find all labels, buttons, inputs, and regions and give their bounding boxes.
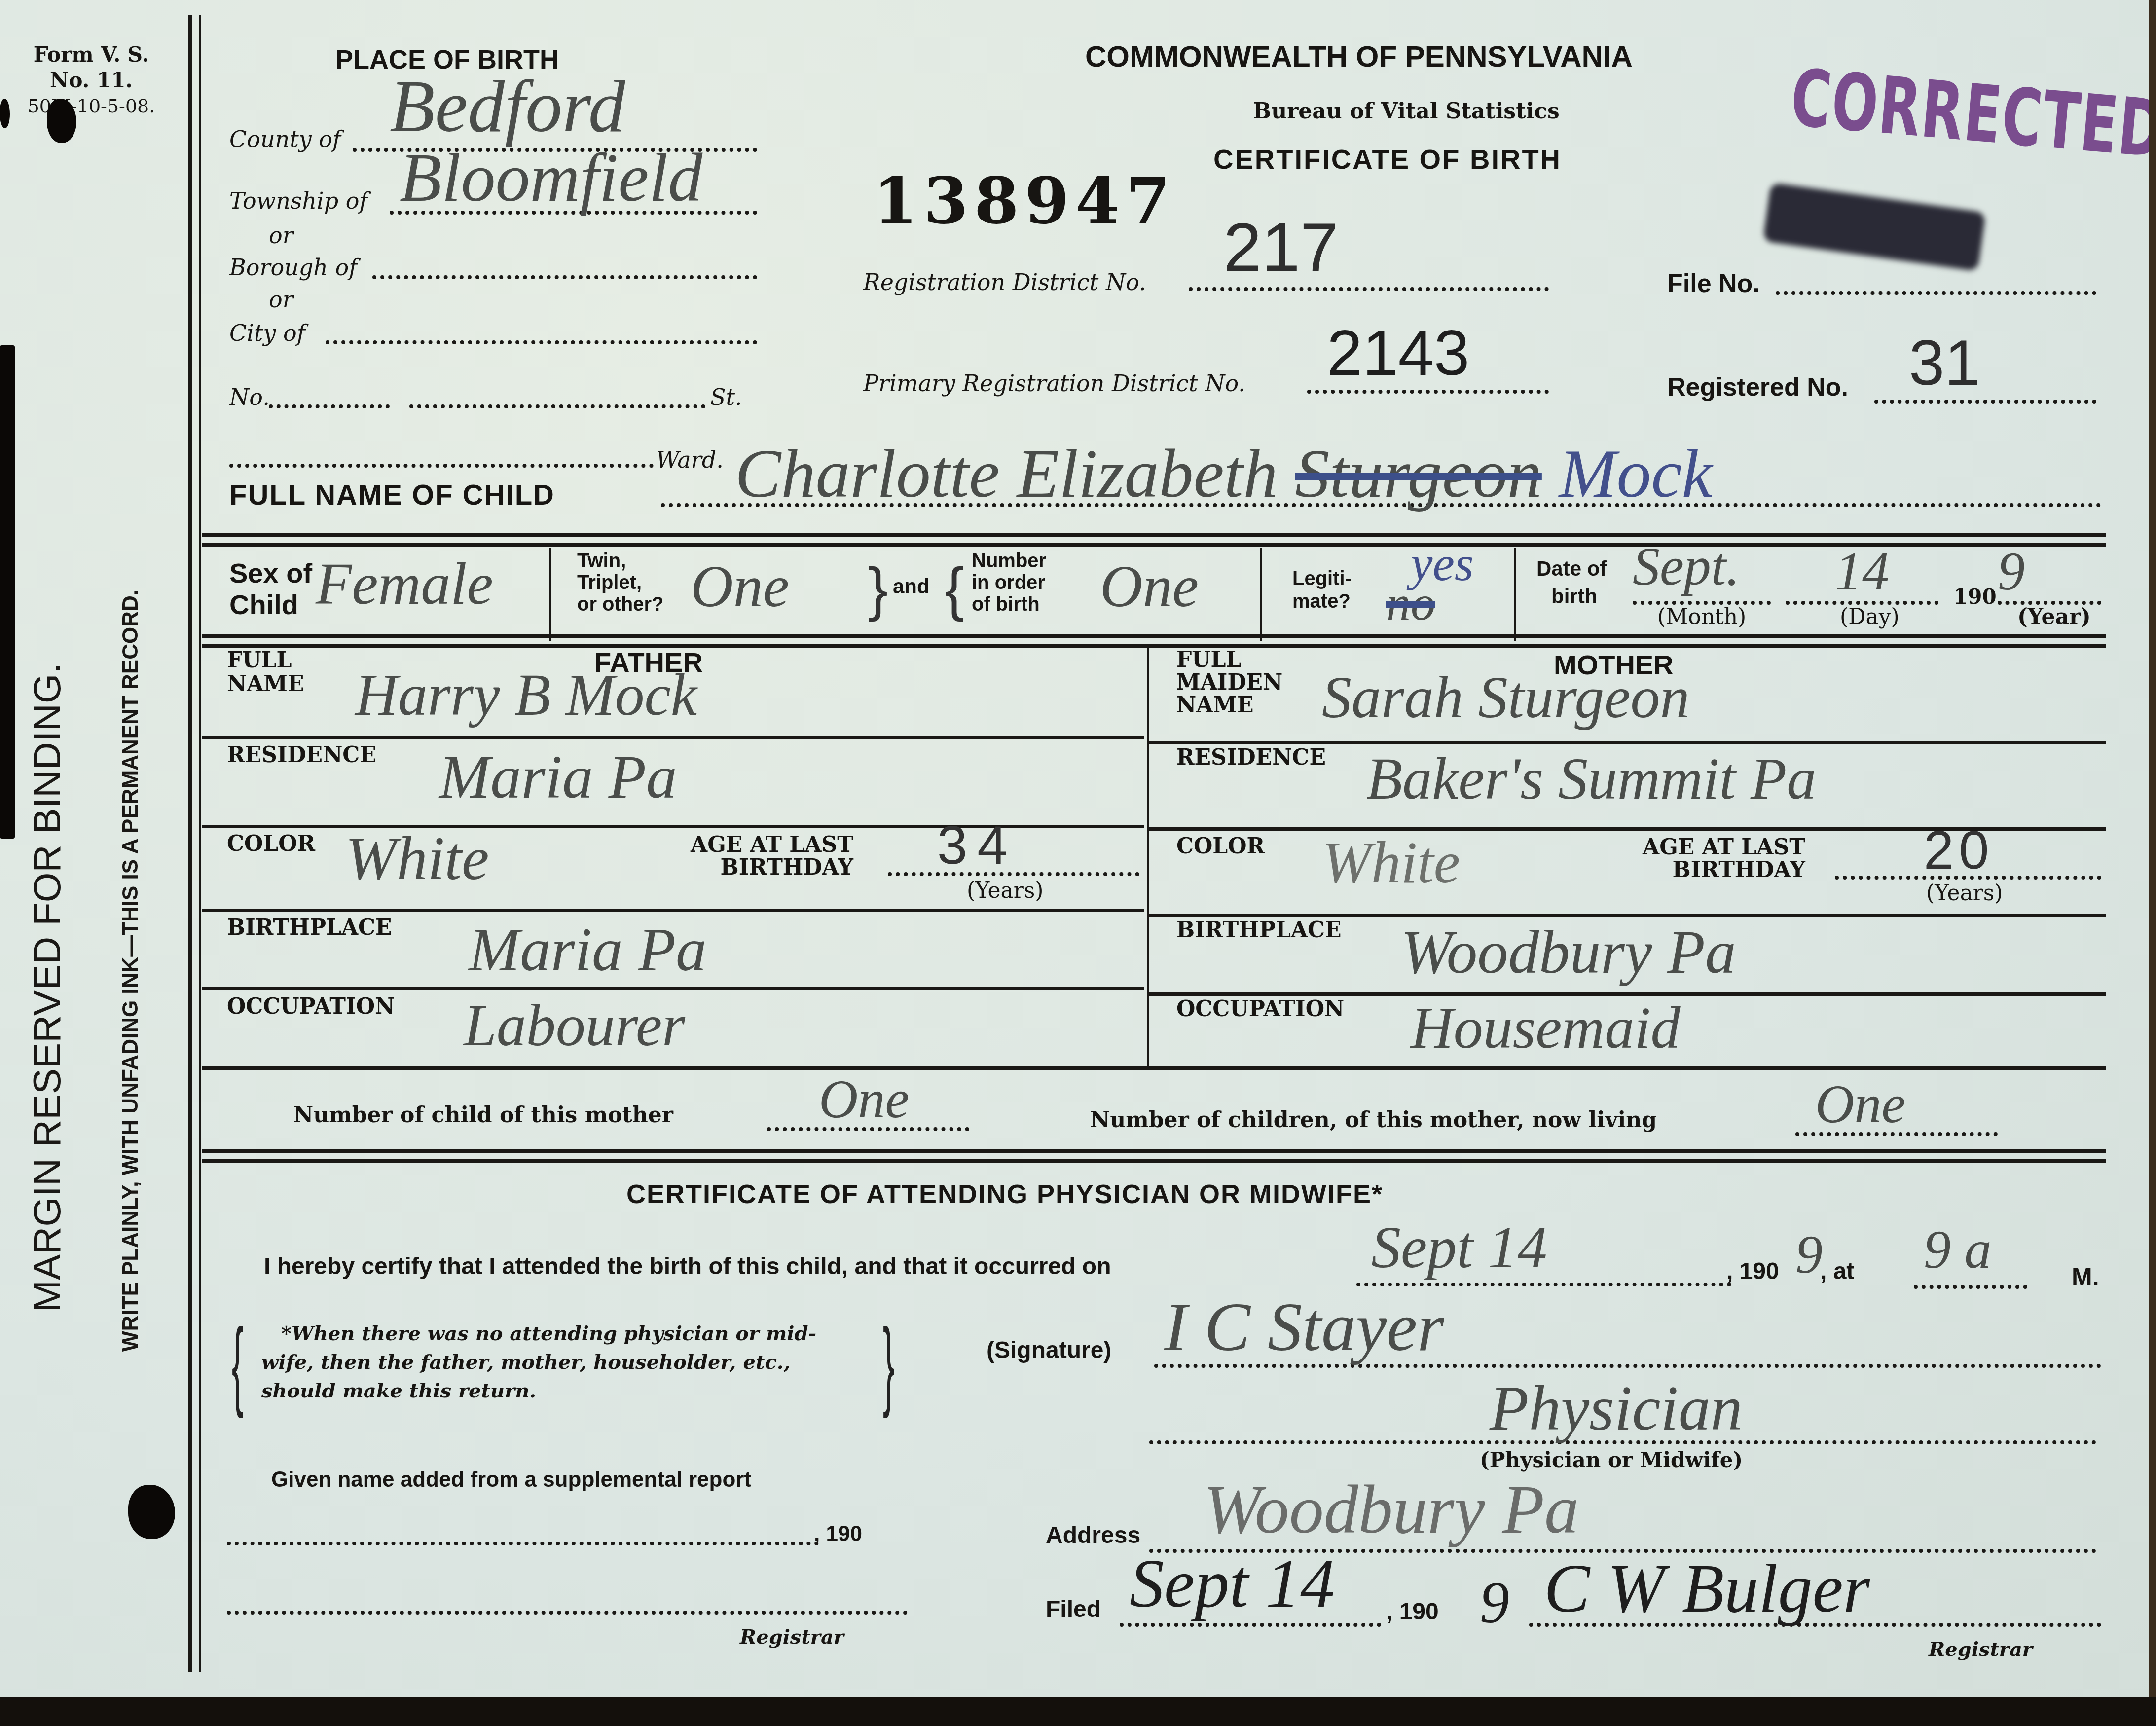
year-caption: (Year) bbox=[2017, 604, 2091, 629]
section-divider bbox=[202, 1149, 2106, 1153]
column-divider bbox=[1514, 548, 1516, 641]
county-label: County of bbox=[229, 126, 341, 152]
legitimate-label-line1: Legiti- bbox=[1292, 567, 1352, 590]
at-label: , at bbox=[1820, 1258, 1854, 1285]
mother-age-label-line2: BIRTHDAY bbox=[1643, 859, 1805, 881]
section-divider bbox=[202, 644, 2106, 648]
punch-hole-icon bbox=[47, 99, 76, 143]
street-name-line[interactable] bbox=[409, 404, 705, 408]
legitimate-value[interactable]: yes bbox=[1411, 535, 1474, 592]
file-no-label: File No. bbox=[1667, 269, 1760, 298]
borough-line[interactable] bbox=[372, 275, 757, 279]
child-name-label: FULL NAME OF CHILD bbox=[229, 478, 555, 512]
signature-label: (Signature) bbox=[987, 1337, 1111, 1364]
mother-name-label: FULL MAIDEN NAME bbox=[1176, 649, 1282, 717]
margin-reserved-text: MARGIN RESERVED FOR BINDING. bbox=[25, 663, 70, 1312]
supplemental-name-line[interactable] bbox=[227, 1542, 819, 1545]
row-divider bbox=[202, 909, 1144, 912]
mother-occupation-value[interactable]: Housemaid bbox=[1411, 994, 1681, 1062]
corrected-stamp: CORRECTED bbox=[1788, 52, 2156, 176]
certificate-number: 138947 bbox=[873, 163, 1176, 238]
occurred-year-value[interactable]: 9 bbox=[1795, 1223, 1823, 1286]
father-name-label-line1: FULL bbox=[227, 649, 304, 672]
father-occupation-label: OCCUPATION bbox=[227, 994, 395, 1019]
file-no-line[interactable] bbox=[1776, 291, 2096, 295]
dob-day-value[interactable]: 14 bbox=[1835, 540, 1889, 603]
father-age-value[interactable]: 34 bbox=[937, 814, 1017, 877]
father-occupation-value[interactable]: Labourer bbox=[464, 992, 685, 1060]
address-label: Address bbox=[1046, 1522, 1140, 1549]
father-birthplace-value[interactable]: Maria Pa bbox=[469, 915, 707, 986]
time-line bbox=[1914, 1285, 2027, 1289]
registered-no-value[interactable]: 31 bbox=[1909, 326, 1980, 400]
supplemental-year-prefix: , 190 bbox=[814, 1522, 862, 1546]
birth-order-line2: in order bbox=[972, 572, 1046, 593]
filed-year-value[interactable]: 9 bbox=[1480, 1569, 1509, 1637]
row-divider bbox=[202, 1066, 2106, 1070]
registered-no-label: Registered No. bbox=[1667, 372, 1848, 402]
mother-occupation-label: OCCUPATION bbox=[1176, 996, 1344, 1022]
mother-name-label-line1: FULL bbox=[1176, 649, 1282, 671]
row-divider bbox=[202, 987, 1144, 990]
occurred-year-prefix: , 190 bbox=[1726, 1258, 1779, 1285]
row-divider bbox=[202, 736, 1144, 739]
children-living-label: Number of children, of this mother, now … bbox=[1090, 1107, 1657, 1133]
twin-label-line2: Triplet, bbox=[577, 572, 664, 593]
father-name-label: FULL NAME bbox=[227, 649, 304, 696]
column-divider bbox=[1260, 548, 1262, 641]
dob-label-line2: birth bbox=[1536, 583, 1607, 610]
street-no-label: No. bbox=[229, 384, 270, 410]
physician-title-value[interactable]: Physician bbox=[1490, 1371, 1743, 1445]
certify-text: I hereby certify that I attended the bir… bbox=[264, 1253, 1111, 1280]
primary-district-label: Primary Registration District No. bbox=[863, 370, 1245, 397]
time-value[interactable]: 9 a bbox=[1924, 1218, 1992, 1281]
birth-order-line3: of birth bbox=[972, 593, 1046, 615]
child-number-label: Number of child of this mother bbox=[293, 1102, 673, 1128]
child-number-value[interactable]: One bbox=[819, 1068, 909, 1131]
row-divider bbox=[1149, 741, 2106, 744]
physician-or-midwife-caption: (Physician or Midwife) bbox=[1480, 1448, 1743, 1472]
scan-background bbox=[0, 1697, 2156, 1726]
sex-label-line1: Sex of bbox=[229, 557, 312, 589]
street-label: St. bbox=[710, 384, 742, 410]
footnote-text: *When there was no attending physician o… bbox=[261, 1320, 816, 1405]
mother-age-value[interactable]: 20 bbox=[1924, 819, 1994, 881]
mother-residence-label: RESIDENCE bbox=[1176, 745, 1326, 770]
filed-label: Filed bbox=[1046, 1596, 1101, 1623]
mother-name-label-line3: NAME bbox=[1176, 694, 1282, 717]
registered-no-line bbox=[1874, 400, 2096, 404]
sex-label: Sex of Child bbox=[229, 557, 312, 621]
form-identifier: Form V. S. No. 11. 50M-10-5-08. bbox=[20, 42, 163, 119]
dob-label-line1: Date of bbox=[1536, 555, 1607, 583]
brace-icon: } bbox=[868, 555, 888, 623]
print-code: 50M-10-5-08. bbox=[20, 93, 163, 119]
footnote-line3: should make this return. bbox=[261, 1377, 816, 1405]
footnote-left-brace-icon: { bbox=[232, 1315, 243, 1413]
attendant-heading: CERTIFICATE OF ATTENDING PHYSICIAN OR MI… bbox=[626, 1179, 1383, 1210]
father-residence-label: RESIDENCE bbox=[227, 742, 376, 768]
filed-date-line bbox=[1120, 1623, 1381, 1627]
mother-residence-value[interactable]: Baker's Summit Pa bbox=[1366, 745, 1816, 813]
form-no: No. 11. bbox=[20, 68, 163, 93]
section-divider bbox=[202, 1159, 2106, 1163]
birth-order-value[interactable]: One bbox=[1100, 552, 1199, 621]
ward-label: Ward. bbox=[656, 446, 724, 473]
registration-district-label: Registration District No. bbox=[863, 269, 1146, 295]
footnote-line2: wife, then the father, mother, household… bbox=[261, 1348, 816, 1377]
day-caption: (Day) bbox=[1840, 604, 1900, 629]
physician-signature[interactable]: I C Stayer bbox=[1164, 1287, 1444, 1367]
punch-hole-icon bbox=[128, 1485, 175, 1539]
permanent-record-note: WRITE PLAINLY, WITH UNFADING INK—THIS IS… bbox=[118, 589, 143, 1352]
footnote-right-brace-icon: } bbox=[883, 1315, 894, 1413]
dob-year-prefix: 190 bbox=[1953, 585, 1997, 609]
brace-icon: { bbox=[945, 555, 964, 623]
footnote-line1: *When there was no attending physician o… bbox=[261, 1320, 816, 1348]
city-line[interactable] bbox=[326, 340, 757, 344]
mother-name-label-line2: MAIDEN bbox=[1176, 671, 1282, 694]
supplemental-label: Given name added from a supplemental rep… bbox=[271, 1468, 751, 1492]
parents-column-divider bbox=[1147, 646, 1149, 1070]
father-name-label-line2: NAME bbox=[227, 672, 304, 696]
mother-age-label: AGE AT LAST BIRTHDAY bbox=[1643, 836, 1805, 881]
or-label: or bbox=[269, 286, 293, 313]
dob-label: Date of birth bbox=[1536, 555, 1607, 610]
dob-month-value[interactable]: Sept. bbox=[1633, 535, 1740, 598]
township-value[interactable]: Bloomfield bbox=[400, 138, 702, 218]
father-age-label: AGE AT LAST BIRTHDAY bbox=[691, 834, 853, 879]
child-given-names: Charlotte Elizabeth bbox=[735, 436, 1278, 512]
twin-label-line1: Twin, bbox=[577, 550, 664, 572]
birth-order-label: Number in order of birth bbox=[972, 550, 1046, 615]
mother-birthplace-label: BIRTHPLACE bbox=[1176, 918, 1342, 943]
supplemental-registrar-line[interactable] bbox=[227, 1611, 908, 1615]
state-title: COMMONWEALTH OF PENNSYLVANIA bbox=[1085, 39, 1633, 73]
children-living-value[interactable]: One bbox=[1815, 1073, 1905, 1136]
father-age-label-line2: BIRTHDAY bbox=[691, 856, 853, 879]
filed-date-value[interactable]: Sept 14 bbox=[1130, 1544, 1335, 1623]
legitimate-label-line2: mate? bbox=[1292, 590, 1352, 613]
township-label: Township of bbox=[229, 187, 368, 214]
torn-edge bbox=[0, 345, 15, 839]
father-years-caption: (Years) bbox=[967, 878, 1043, 903]
filed-year-prefix: , 190 bbox=[1386, 1598, 1439, 1625]
twin-label-line3: or other? bbox=[577, 593, 664, 615]
occurred-date-value[interactable]: Sept 14 bbox=[1371, 1213, 1547, 1282]
dob-year-value[interactable]: 9 bbox=[1998, 540, 2025, 603]
section-divider bbox=[202, 533, 2106, 537]
registration-district-value[interactable]: 217 bbox=[1223, 207, 1339, 287]
county-value[interactable]: Bedford bbox=[390, 64, 625, 149]
margin-border-line bbox=[199, 15, 201, 1672]
father-residence-value[interactable]: Maria Pa bbox=[439, 742, 677, 813]
father-color-label: COLOR bbox=[227, 831, 315, 856]
section-divider bbox=[202, 543, 2106, 547]
occurred-date-line bbox=[1356, 1283, 1731, 1286]
father-birthplace-label: BIRTHPLACE bbox=[227, 915, 392, 940]
birth-order-line1: Number bbox=[972, 550, 1046, 572]
primary-district-value[interactable]: 2143 bbox=[1327, 316, 1469, 390]
borough-label: Borough of bbox=[229, 254, 357, 281]
and-label: and bbox=[893, 575, 930, 598]
mother-years-caption: (Years) bbox=[1926, 881, 2003, 906]
ward-line[interactable] bbox=[229, 464, 654, 468]
registration-district-line bbox=[1189, 287, 1549, 291]
m-label: M. bbox=[2072, 1263, 2099, 1291]
child-name-value[interactable]: Charlotte Elizabeth Sturgeon Mock bbox=[735, 434, 1713, 514]
father-color-value[interactable]: White bbox=[345, 824, 489, 894]
section-divider bbox=[202, 634, 2106, 638]
sex-label-line2: Child bbox=[229, 589, 312, 621]
punch-hole-icon bbox=[0, 99, 10, 128]
sex-value[interactable]: Female bbox=[316, 550, 493, 618]
month-caption: (Month) bbox=[1657, 604, 1746, 629]
supplemental-registrar-caption: Registrar bbox=[740, 1625, 844, 1649]
child-surname-correction: Mock bbox=[1559, 436, 1713, 512]
legitimate-label: Legiti- mate? bbox=[1292, 567, 1352, 613]
registrar-caption: Registrar bbox=[1929, 1638, 2033, 1661]
column-divider bbox=[549, 548, 551, 641]
primary-district-line bbox=[1307, 390, 1549, 394]
bureau-title: Bureau of Vital Statistics bbox=[1253, 99, 1560, 124]
form-id: Form V. S. bbox=[20, 42, 163, 68]
page-edge bbox=[2149, 0, 2156, 1697]
registrar-signature[interactable]: C W Bulger bbox=[1544, 1549, 1870, 1628]
street-no-line[interactable] bbox=[269, 404, 390, 408]
mother-name-value[interactable]: Sarah Sturgeon bbox=[1322, 663, 1690, 732]
address-value[interactable]: Woodbury Pa bbox=[1204, 1470, 1579, 1549]
margin-border-line bbox=[188, 15, 192, 1672]
document-title: CERTIFICATE OF BIRTH bbox=[1213, 143, 1562, 175]
mother-birthplace-value[interactable]: Woodbury Pa bbox=[1401, 918, 1736, 988]
or-label: or bbox=[269, 222, 293, 249]
birth-certificate-page: Form V. S. No. 11. 50M-10-5-08. MARGIN R… bbox=[0, 0, 2156, 1697]
twin-value[interactable]: One bbox=[691, 552, 789, 621]
row-divider bbox=[1149, 914, 2106, 917]
father-name-value[interactable]: Harry B Mock bbox=[355, 661, 697, 729]
father-age-label-line1: AGE AT LAST bbox=[691, 834, 853, 856]
mother-color-label: COLOR bbox=[1176, 834, 1265, 859]
city-label: City of bbox=[229, 320, 305, 346]
redacted-number-blot bbox=[1763, 183, 1986, 271]
twin-label: Twin, Triplet, or other? bbox=[577, 550, 664, 615]
mother-color-value[interactable]: White bbox=[1322, 829, 1460, 897]
mother-age-label-line1: AGE AT LAST bbox=[1643, 836, 1805, 859]
child-surname-struck: Sturgeon bbox=[1295, 436, 1542, 512]
